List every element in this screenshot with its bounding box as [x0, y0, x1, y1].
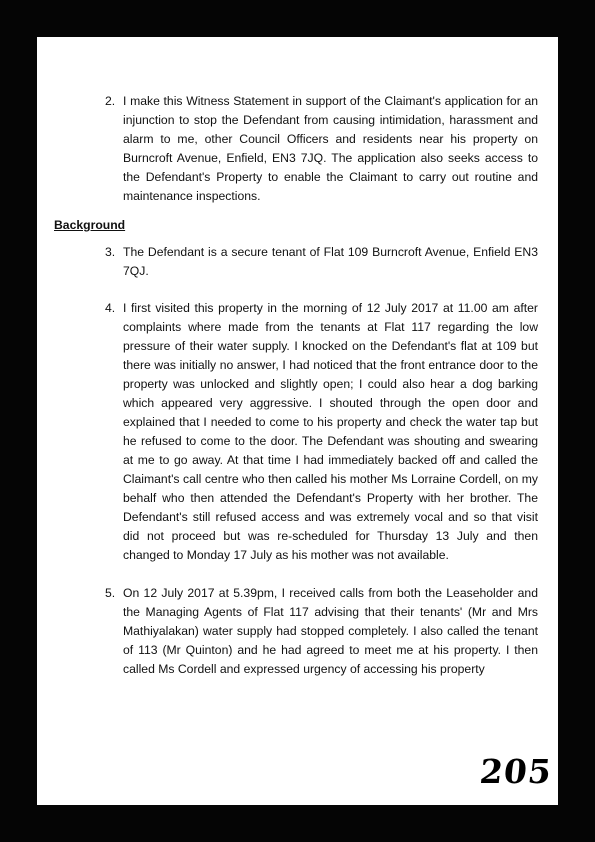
paragraph-5: 5. On 12 July 2017 at 5.39pm, I received… [123, 584, 538, 679]
paragraph-text: I make this Witness Statement in support… [123, 94, 538, 203]
handwritten-page-number: 205 [478, 752, 554, 791]
paragraph-text: I first visited this property in the mor… [123, 301, 538, 562]
paragraph-number: 4. [105, 299, 115, 318]
paragraph-text: On 12 July 2017 at 5.39pm, I received ca… [123, 586, 538, 676]
paragraph-number: 2. [105, 92, 115, 111]
section-heading-background: Background [54, 216, 125, 235]
paragraph-4: 4. I first visited this property in the … [123, 299, 538, 565]
document-page: 2. I make this Witness Statement in supp… [37, 37, 558, 805]
paragraph-number: 5. [105, 584, 115, 603]
paragraph-text: The Defendant is a secure tenant of Flat… [123, 245, 538, 278]
paragraph-2: 2. I make this Witness Statement in supp… [123, 92, 538, 206]
paragraph-number: 3. [105, 243, 115, 262]
paragraph-3: 3. The Defendant is a secure tenant of F… [123, 243, 538, 281]
